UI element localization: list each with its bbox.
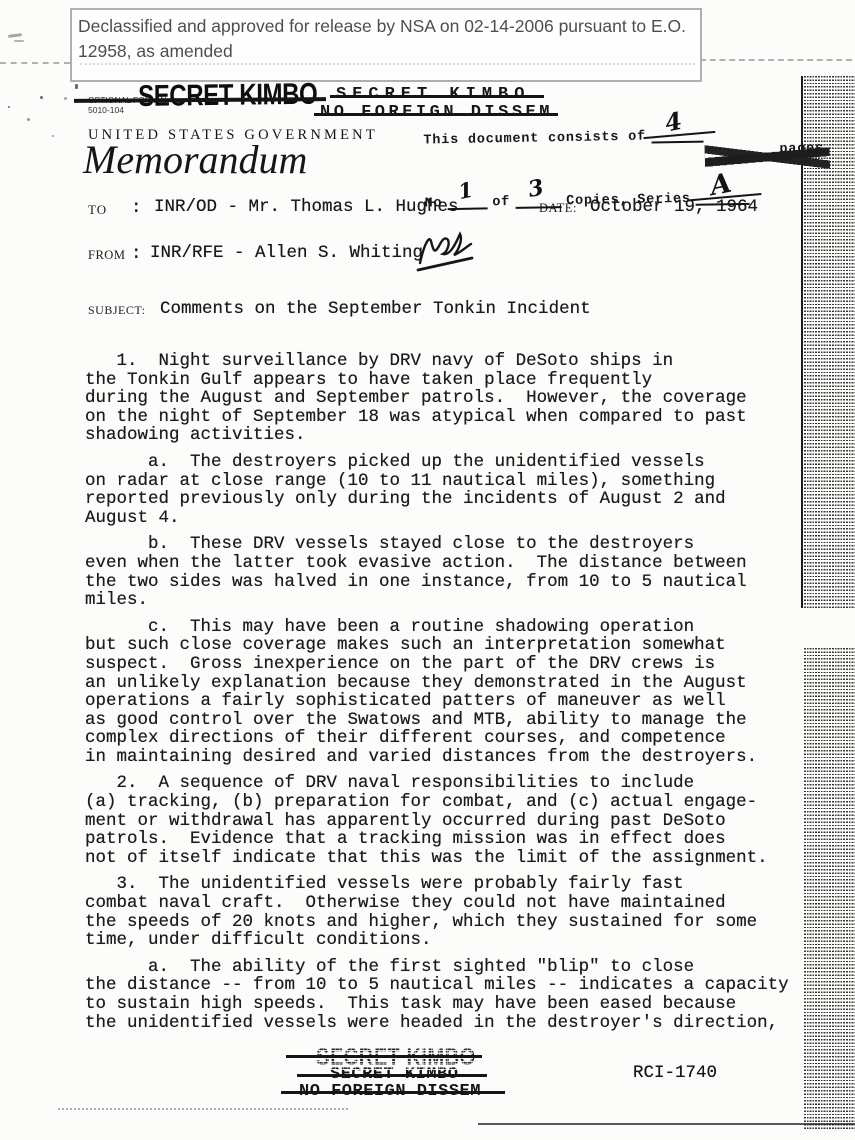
document-control-note: This document consists of 4 pages No 1 o… <box>423 127 825 215</box>
copy-no-label: No <box>424 196 442 211</box>
from-value: INR/RFE - Allen S. Whiting <box>150 243 423 263</box>
from-colon: : <box>131 244 142 264</box>
body-line: c. This may have been a routine shadowin… <box>85 618 800 637</box>
paragraph: 1. Night surveillance by DRV navy of DeS… <box>85 352 800 445</box>
body-line: 1. Night surveillance by DRV navy of DeS… <box>85 352 800 371</box>
consists-label: This document consists of <box>423 130 646 149</box>
subject-value: Comments on the September Tonkin Inciden… <box>160 299 591 319</box>
scan-dots-bottom <box>58 1108 348 1110</box>
body-line: operations a fairly sophisticated patter… <box>85 692 800 711</box>
body-line: time, under difficult conditions. <box>85 931 800 950</box>
paragraph: 3. The unidentified vessels were probabl… <box>85 875 800 949</box>
from-label: FROM <box>88 248 125 263</box>
speck <box>52 135 54 137</box>
body-line: ment or withdrawal has apparently occurr… <box>85 812 800 831</box>
pages-blank: 4 <box>651 129 703 144</box>
scan-line-bottom <box>478 1123 855 1125</box>
reference-number: RCI-1740 <box>633 1063 717 1083</box>
body-line: even when the latter took evasive action… <box>85 554 800 573</box>
secret-kimbo-stamp-left: SECRET KIMBO <box>138 78 317 114</box>
body-line: reported previously only during the inci… <box>85 490 800 509</box>
scan-dash-right <box>700 59 852 61</box>
to-value: INR/OD - Mr. Thomas L. Hughes <box>154 197 459 217</box>
series-blank: A <box>696 191 750 206</box>
speck <box>8 106 10 108</box>
body-line: complex directions of their different co… <box>85 729 800 748</box>
copies-series-label: Copies, Series <box>566 192 691 209</box>
body-line: a. The destroyers picked up the unidenti… <box>85 453 800 472</box>
body-line: August 4. <box>85 509 800 528</box>
speck <box>64 97 67 100</box>
paragraph: a. The ability of the first sighted "bli… <box>85 958 800 1032</box>
memorandum-title: Memorandum <box>83 136 307 183</box>
paragraph: a. The destroyers picked up the unidenti… <box>85 453 800 527</box>
body-line: patrols. Evidence that a tracking missio… <box>85 830 800 849</box>
body-line: not of itself indicate that this was the… <box>85 849 800 868</box>
scan-dash-left <box>0 62 70 64</box>
speck <box>40 96 43 99</box>
body-line: but such close coverage makes such an in… <box>85 636 800 655</box>
strike-line <box>281 1091 505 1094</box>
to-label: TO <box>88 202 107 218</box>
body-line: to sustain high speeds. This task may ha… <box>85 995 800 1014</box>
handwritten-pages-value: 4 <box>663 109 685 136</box>
to-colon: : <box>131 198 142 218</box>
copy-number-blank: 1 <box>447 195 487 210</box>
body-line: the speeds of 20 knots and higher, which… <box>85 913 800 932</box>
handwritten-copies-value: 3 <box>526 176 546 201</box>
body-line: 3. The unidentified vessels were probabl… <box>85 875 800 894</box>
declassification-line2: 12958, as amended <box>78 39 694 64</box>
body-line: suspect. Gross inexperience on the part … <box>85 655 800 674</box>
strike-line <box>314 113 558 116</box>
speck <box>27 118 30 121</box>
body-line: in maintaining desired and varied distan… <box>85 748 800 767</box>
body-line: combat naval craft. Otherwise they could… <box>85 894 800 913</box>
speck <box>8 33 22 38</box>
body-line: b. These DRV vessels stayed close to the… <box>85 535 800 554</box>
scan-edge-texture-bottom <box>803 648 855 1130</box>
of-label: of <box>492 195 510 210</box>
strike-line <box>297 1074 487 1077</box>
memo-body: 1. Night surveillance by DRV navy of DeS… <box>85 352 800 1032</box>
strike-line <box>286 1055 482 1058</box>
scan-dash-center <box>80 63 695 65</box>
body-line: the distance -- from 10 to 5 nautical mi… <box>85 976 800 995</box>
body-line: the two sides was halved in one instance… <box>85 573 800 592</box>
body-line: the Tonkin Gulf appears to have taken pl… <box>85 371 800 390</box>
body-line: shadowing activities. <box>85 426 800 445</box>
declassification-banner: Declassified and approved for release by… <box>70 8 702 82</box>
body-line: 2. A sequence of DRV naval responsibilit… <box>85 774 800 793</box>
paragraph: 2. A sequence of DRV naval responsibilit… <box>85 774 800 867</box>
declassification-line1: Declassified and approved for release by… <box>78 14 694 39</box>
body-line: the unidentified vessels were headed in … <box>85 1014 800 1033</box>
body-line: during the August and September patrols.… <box>85 389 800 408</box>
speck <box>14 40 24 42</box>
paragraph: c. This may have been a routine shadowin… <box>85 618 800 767</box>
body-line: as good control over the Swatows and MTB… <box>85 711 800 730</box>
subject-label: SUBJECT: <box>88 303 145 318</box>
body-line: an unlikely explanation because they dem… <box>85 674 800 693</box>
speck <box>75 84 78 89</box>
body-line: miles. <box>85 591 800 610</box>
paragraph: b. These DRV vessels stayed close to the… <box>85 535 800 609</box>
body-line: on the night of September 18 was atypica… <box>85 408 800 427</box>
body-line: a. The ability of the first sighted "bli… <box>85 958 800 977</box>
copies-blank: 3 <box>515 194 561 209</box>
body-line: on radar at close range (10 to 11 nautic… <box>85 472 800 491</box>
control-note-line1: This document consists of 4 pages <box>423 127 824 194</box>
strike-line <box>330 95 544 98</box>
control-note-line2: No 1 of 3 Copies, Series A <box>424 190 824 212</box>
body-line: (a) tracking, (b) preparation for combat… <box>85 793 800 812</box>
memo-page: Declassified and approved for release by… <box>0 0 855 1140</box>
